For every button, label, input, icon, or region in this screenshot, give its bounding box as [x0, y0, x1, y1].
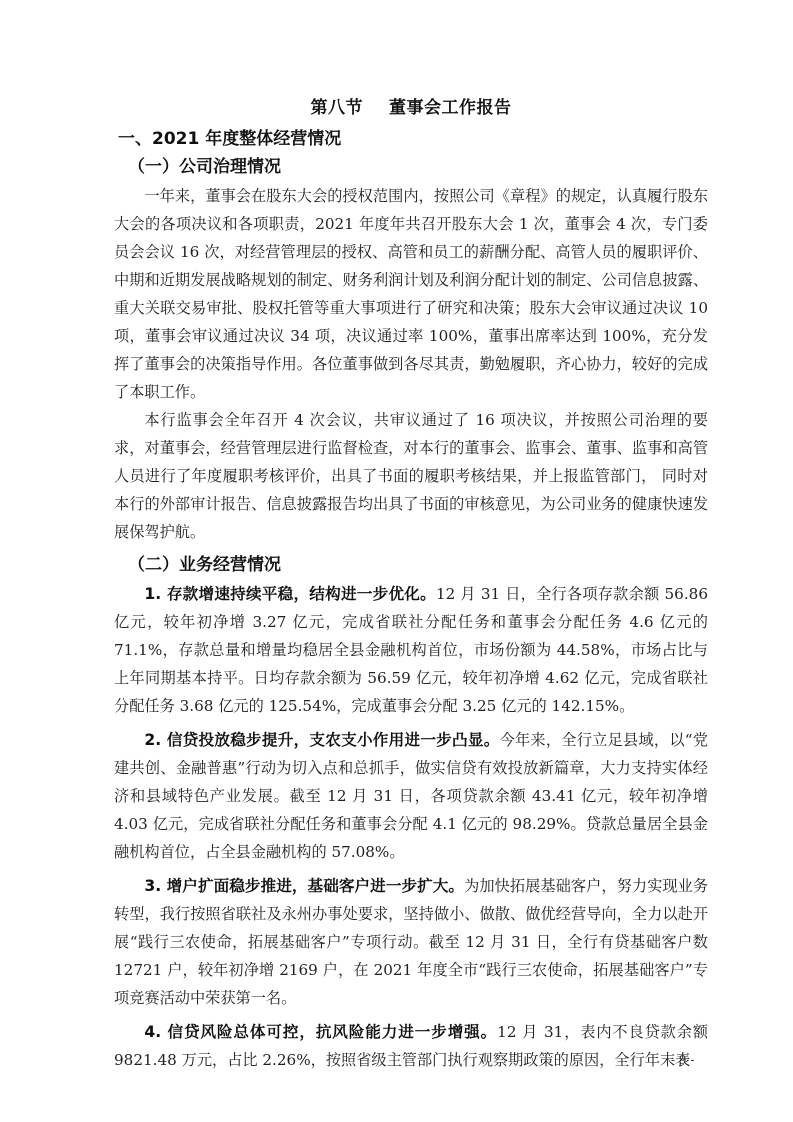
- paragraph-body-loans: 今年来，全行立足县域，以“党建共创、金融普惠”行动为切入点和总抓手，做实信贷有效…: [114, 731, 708, 861]
- page-number: - 9 -: [671, 1053, 694, 1067]
- paragraph-lead-credit-risk: 4. 信贷风险总体可控，抗风险能力进一步增强。: [144, 1023, 497, 1041]
- paragraph-lead-loans: 2. 信贷投放稳步提升，支农支小作用进一步凸显。: [144, 731, 499, 749]
- paragraph-customers: 3. 增户扩面稳步推进，基础客户进一步扩大。为加快拓展基础客户，努力实现业务转型…: [114, 872, 708, 1012]
- paragraph-supervisory-board: 本行监事会全年召开 4 次会议，共审议通过了 16 项决议，并按照公司治理的要求…: [114, 406, 708, 546]
- paragraph-body-deposits: 12 月 31 日，全行各项存款余额 56.86 亿元，较年初净增 3.27 亿…: [114, 585, 708, 715]
- paragraph-board-activities: 一年来，董事会在股东大会的授权范围内，按照公司《章程》的规定，认真履行股东大会的…: [114, 182, 708, 406]
- paragraph-deposits: 1. 存款增速持续平稳，结构进一步优化。12 月 31 日，全行各项存款余额 5…: [114, 580, 708, 720]
- paragraph-lead-deposits: 1. 存款增速持续平稳，结构进一步优化。: [144, 585, 436, 603]
- heading-business-operations: （二）业务经营情况: [128, 552, 708, 580]
- heading-corporate-governance: （一）公司治理情况: [128, 154, 708, 182]
- section-name: 董事会工作报告: [389, 98, 512, 118]
- section-number: 第八节: [311, 98, 364, 118]
- paragraph-body-customers: 为加快拓展基础客户，努力实现业务转型，我行按照省联社及永州办事处要求，坚持做小、…: [114, 877, 708, 1007]
- paragraph-credit-risk: 4. 信贷风险总体可控，抗风险能力进一步增强。12 月 31，表内不良贷款余额 …: [114, 1018, 708, 1074]
- paragraph-lead-customers: 3. 增户扩面稳步推进，基础客户进一步扩大。: [144, 877, 464, 895]
- heading-overall-operations: 一、2021 年度整体经营情况: [118, 126, 708, 154]
- paragraph-loans: 2. 信贷投放稳步提升，支农支小作用进一步凸显。今年来，全行立足县域，以“党建共…: [114, 726, 708, 866]
- document-page: 第八节董事会工作报告 一、2021 年度整体经营情况 （一）公司治理情况 一年来…: [114, 96, 708, 1074]
- section-title: 第八节董事会工作报告: [114, 96, 708, 126]
